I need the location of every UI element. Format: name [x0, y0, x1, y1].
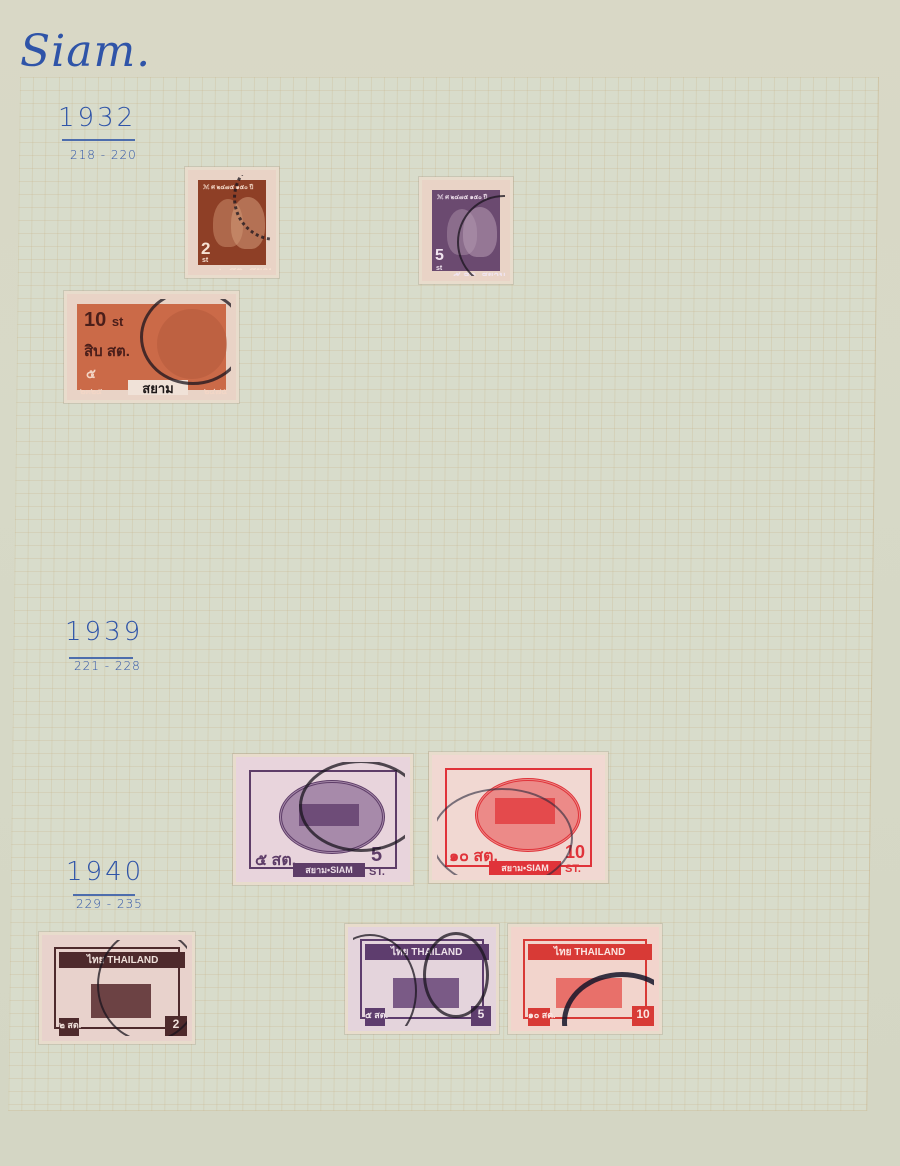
- stamp-unit: ST: [639, 1030, 647, 1031]
- stamp-value: 2: [173, 1017, 180, 1031]
- stamp-unit: ST: [172, 1040, 180, 1041]
- stamp-value: 10: [84, 309, 106, 331]
- stamp-unit: ST.: [369, 866, 385, 878]
- section-year-1932: 1932: [58, 103, 136, 133]
- section-year-1940: 1940: [66, 857, 144, 887]
- stamp-1940-5st[interactable]: ไทย THAILAND ๕ สต. 5ST: [348, 927, 496, 1031]
- stamp-unit: st: [112, 314, 124, 329]
- stamp-1932-2st[interactable]: ℳ ศ ๒๔๗๕ ๑๕๐ ปี 2 st ๒ สต. สยาม: [188, 170, 276, 275]
- year-underline: [73, 894, 135, 896]
- year-underline: [62, 139, 135, 141]
- stamp-thai-value: ๕ สต.: [365, 1008, 385, 1028]
- stamp-1932-10st[interactable]: 10 st สิบ สต. ๕ ๒๓๒๕ ๒๔๗๕ สยาม: [67, 294, 236, 400]
- stamp-1939-5st[interactable]: ๕ สต. 5 ST. สยาม•SIAM: [236, 757, 410, 882]
- stamp-thai-value: ๒ สต.: [59, 1018, 79, 1038]
- stamp-thai-text: ๕ สต. สยาม: [453, 269, 506, 281]
- stamp-thai-value: ๕ สต.: [255, 848, 296, 873]
- page-title: Siam.: [20, 26, 151, 77]
- stamp-thai-value: ๑๐ สต.: [528, 1008, 550, 1028]
- stamp-value: 5: [371, 844, 382, 867]
- stamp-1932-5st[interactable]: ℳ ศ ๒๔๗๕ ๑๕๐ ปี 5 st ๕ สต. สยาม: [422, 180, 510, 281]
- stamp-1940-2st[interactable]: ไทย THAILAND ๒ สต. 2ST: [42, 935, 192, 1041]
- stamp-legend: ไทย THAILAND: [554, 945, 625, 960]
- stamp-legend: ไทย THAILAND: [391, 945, 462, 960]
- stamp-value: 10: [636, 1007, 649, 1021]
- stamp-value: 10: [565, 842, 585, 863]
- stamp-thai-text: ๒ สต. สยาม: [219, 262, 276, 275]
- stamp-value: 5: [478, 1007, 485, 1021]
- catalogue-range-1939: 221 - 228: [74, 659, 141, 673]
- section-year-1939: 1939: [65, 617, 143, 647]
- stamp-value: 2: [201, 239, 210, 259]
- stamp-thai-text: สิบ สต.: [84, 339, 130, 363]
- stamp-unit: ST.: [565, 863, 581, 875]
- stamp-1939-10st[interactable]: ๑๐ สต. 10 ST. สยาม•SIAM: [432, 755, 605, 880]
- stamp-legend: สยาม•SIAM: [293, 863, 365, 877]
- catalogue-range-1940: 229 - 235: [76, 897, 143, 911]
- stamp-value: 5: [435, 247, 444, 265]
- stamp-legend: สยาม•SIAM: [489, 861, 561, 875]
- stamp-legend: ไทย THAILAND: [87, 953, 158, 968]
- catalogue-range-1932: 218 - 220: [70, 148, 137, 162]
- stamp-unit: ST: [477, 1030, 485, 1031]
- stamp-unit: st: [202, 257, 208, 264]
- stamp-unit: st: [436, 265, 442, 272]
- stamp-overprint: สยาม: [128, 380, 188, 397]
- stamp-1940-10st[interactable]: ไทย THAILAND ๑๐ สต. 10ST: [511, 927, 659, 1031]
